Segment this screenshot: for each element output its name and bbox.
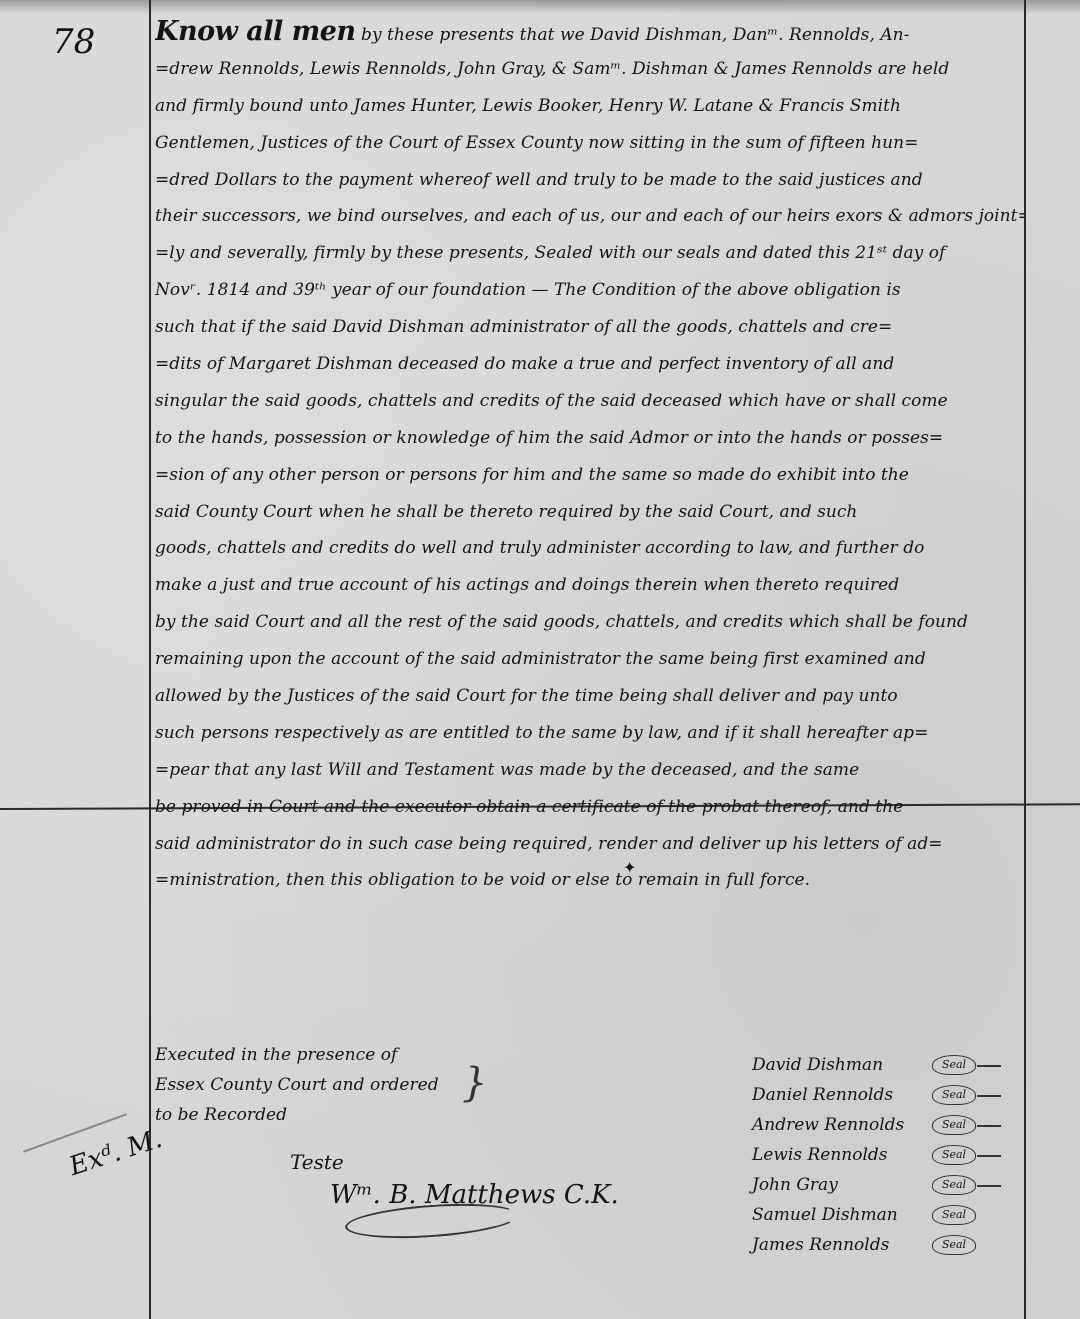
text-line: to the hands, possession or knowledge of… — [155, 420, 1025, 457]
text-line: remaining upon the account of the said a… — [155, 641, 1025, 678]
teste-label: Teste — [290, 1150, 344, 1174]
text-line: =ly and severally, firmly by these prese… — [155, 235, 1025, 272]
text-line: =dits of Margaret Dishman deceased do ma… — [155, 346, 1025, 383]
signature-row: John Gray Seal — [752, 1170, 1032, 1200]
signer-name: James Rennolds — [752, 1235, 932, 1255]
recorded-line: Essex County Court and ordered — [155, 1070, 439, 1100]
signature-row: Samuel Dishman Seal — [752, 1200, 1032, 1230]
text-line: make a just and true account of his acti… — [155, 567, 1025, 604]
attestation-block: Executed in the presence of Essex County… — [155, 1040, 439, 1130]
bond-text: Know all men by these presents that we D… — [155, 14, 1025, 899]
text-line: =sion of any other person or persons for… — [155, 457, 1025, 494]
text-line: such persons respectively as are entitle… — [155, 715, 1025, 752]
text-line: such that if the said David Dishman admi… — [155, 309, 1025, 346]
text-line: allowed by the Justices of the said Cour… — [155, 678, 1025, 715]
text-line: their successors, we bind ourselves, and… — [155, 198, 1025, 235]
text-line: by the said Court and all the rest of th… — [155, 604, 1025, 641]
text-line: =ministration, then this obligation to b… — [155, 862, 1025, 899]
seal-icon: Seal — [932, 1235, 976, 1255]
text-line: said administrator do in such case being… — [155, 826, 1025, 863]
seal-icon: Seal — [932, 1085, 976, 1105]
text-line: Novʳ. 1814 and 39ᵗʰ year of our foundati… — [155, 272, 1025, 309]
seal-icon: Seal — [932, 1175, 976, 1195]
text-line: Know all men by these presents that we D… — [155, 14, 1025, 51]
brace-flourish-icon: } — [462, 1060, 487, 1106]
seal-icon: Seal — [932, 1145, 976, 1165]
page-edge-shadow — [0, 0, 1080, 14]
text-line: =dred Dollars to the payment whereof wel… — [155, 162, 1025, 199]
signer-name: Daniel Rennolds — [752, 1085, 932, 1105]
signature-row: James Rennolds Seal — [752, 1230, 1032, 1260]
signature-row: Daniel Rennolds Seal — [752, 1080, 1032, 1110]
ink-mark-icon: ✦ — [623, 858, 636, 877]
signature-row: Andrew Rennolds Seal — [752, 1110, 1032, 1140]
seal-icon: Seal — [932, 1115, 976, 1135]
signer-name: Samuel Dishman — [752, 1205, 932, 1225]
signer-name: John Gray — [752, 1175, 932, 1195]
opening-words: Know all men — [155, 16, 356, 47]
signer-name: Lewis Rennolds — [752, 1145, 932, 1165]
folio-number: 78 — [52, 22, 95, 62]
executed-line: Executed in the presence of — [155, 1040, 439, 1070]
text-line: said County Court when he shall be there… — [155, 494, 1025, 531]
seal-icon: Seal — [932, 1055, 976, 1075]
text-line: goods, chattels and credits do well and … — [155, 530, 1025, 567]
left-margin-rule — [149, 0, 151, 1319]
text-line: Gentlemen, Justices of the Court of Esse… — [155, 125, 1025, 162]
signature-row: Lewis Rennolds Seal — [752, 1140, 1032, 1170]
signature-row: David Dishman Seal — [752, 1050, 1032, 1080]
signer-name: Andrew Rennolds — [752, 1115, 932, 1135]
recorded-line: to be Recorded — [155, 1100, 439, 1130]
seal-icon: Seal — [932, 1205, 976, 1225]
text-line: singular the said goods, chattels and cr… — [155, 383, 1025, 420]
signer-name: David Dishman — [752, 1055, 932, 1075]
text-line: =drew Rennolds, Lewis Rennolds, John Gra… — [155, 51, 1025, 88]
text-line: be proved in Court and the executor obta… — [155, 789, 1025, 826]
signatures-list: David Dishman Seal Daniel Rennolds Seal … — [752, 1050, 1032, 1260]
text-line: and firmly bound unto James Hunter, Lewi… — [155, 88, 1025, 125]
text-line: =pear that any last Will and Testament w… — [155, 752, 1025, 789]
